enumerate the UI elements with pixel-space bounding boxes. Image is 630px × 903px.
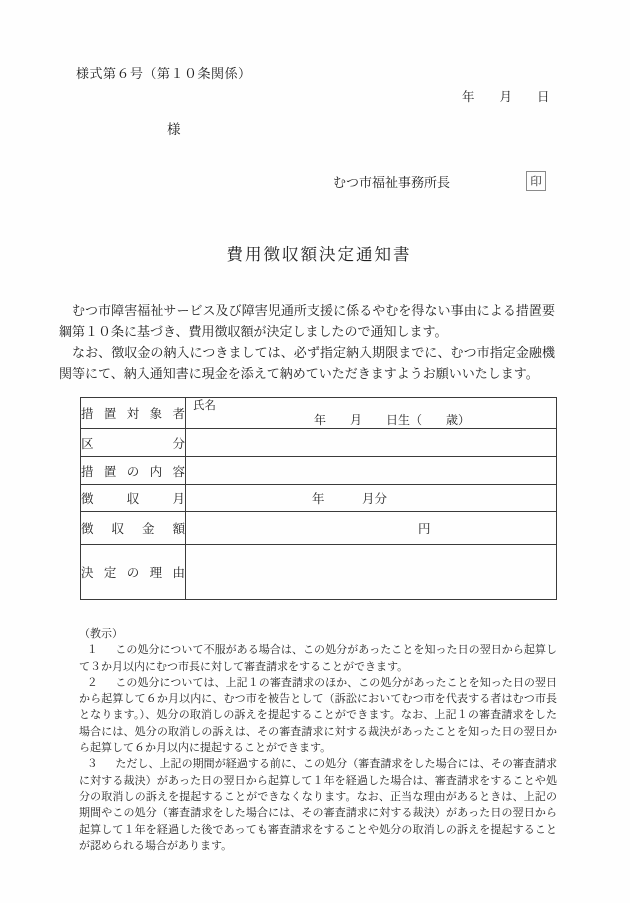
- notes-heading: （教示）: [79, 626, 557, 642]
- table-row-category: 区分: [81, 429, 557, 457]
- row-label-measure-content: 措置の内容: [81, 457, 186, 485]
- appeal-notes-section: （教示） １この処分について不服がある場合は、この処分があったことを知った日の翌…: [79, 626, 557, 854]
- note-number-1: １: [87, 644, 98, 656]
- birthdate-line: 年 月 日生（ 歳）: [186, 413, 556, 428]
- table-row-target: 措置対象者 氏名 年 月 日生（ 歳）: [81, 398, 557, 429]
- fee-decision-table: 措置対象者 氏名 年 月 日生（ 歳） 区分 措置の内容 徴収月 年 月分 徴収…: [80, 397, 557, 600]
- row-value-category: [186, 429, 557, 457]
- note-item-2: ２この処分については、上記１の審査請求のほか、この処分があったことを知った日の翌…: [79, 675, 557, 756]
- issuer-name: むつ市福祉事務所長: [333, 172, 450, 191]
- note-item-1: １この処分について不服がある場合は、この処分があったことを知った日の翌日から起算…: [79, 642, 557, 675]
- date-line: 年 月 日: [462, 87, 550, 105]
- row-label-decision-reason: 決定の理由: [81, 545, 186, 600]
- row-label-target: 措置対象者: [81, 398, 186, 429]
- note-text-3: ただし、上記の期間が経過する前に、この処分（審査請求をした場合には、その審査請求…: [79, 758, 557, 851]
- table-row-collection-month: 徴収月 年 月分: [81, 485, 557, 512]
- seal-label: 印: [530, 173, 542, 189]
- note-text-2: この処分については、上記１の審査請求のほか、この処分があったことを知った日の翌日…: [79, 677, 557, 754]
- row-value-measure-content: [186, 457, 557, 485]
- table-row-collection-amount: 徴収金額 円: [81, 512, 557, 545]
- row-label-collection-amount: 徴収金額: [81, 512, 186, 545]
- row-value-target: 氏名 年 月 日生（ 歳）: [186, 398, 557, 429]
- body-paragraph-1: むつ市障害福祉サービス及び障害児通所支援に係るやむを得ない事由による措置要綱第１…: [59, 300, 555, 342]
- row-value-collection-amount: 円: [186, 512, 557, 545]
- note-number-2: ２: [87, 677, 98, 689]
- note-item-3: ３ただし、上記の期間が経過する前に、この処分（審査請求をした場合には、その審査請…: [79, 756, 557, 854]
- document-title: 費用徴収額決定通知書: [0, 241, 630, 265]
- note-text-1: この処分について不服がある場合は、この処分があったことを知った日の翌日から起算し…: [79, 644, 557, 672]
- body-paragraph-2: なお、徴収金の納入につきましては、必ず指定納入期限までに、むつ市指定金融機関等に…: [59, 342, 555, 384]
- row-label-category: 区分: [81, 429, 186, 457]
- row-label-collection-month: 徴収月: [81, 485, 186, 512]
- table-row-decision-reason: 決定の理由: [81, 545, 557, 600]
- name-field-label: 氏名: [186, 398, 556, 413]
- seal-box: 印: [526, 171, 546, 191]
- table-row-measure-content: 措置の内容: [81, 457, 557, 485]
- body-text: むつ市障害福祉サービス及び障害児通所支援に係るやむを得ない事由による措置要綱第１…: [59, 300, 555, 384]
- form-number: 様式第６号（第１０条関係）: [76, 63, 252, 82]
- document-page: 様式第６号（第１０条関係） 年 月 日 様 むつ市福祉事務所長 印 費用徴収額決…: [0, 0, 630, 903]
- row-value-collection-month: 年 月分: [186, 485, 557, 512]
- row-value-decision-reason: [186, 545, 557, 600]
- note-number-3: ３: [87, 758, 98, 770]
- addressee-suffix: 様: [167, 118, 181, 138]
